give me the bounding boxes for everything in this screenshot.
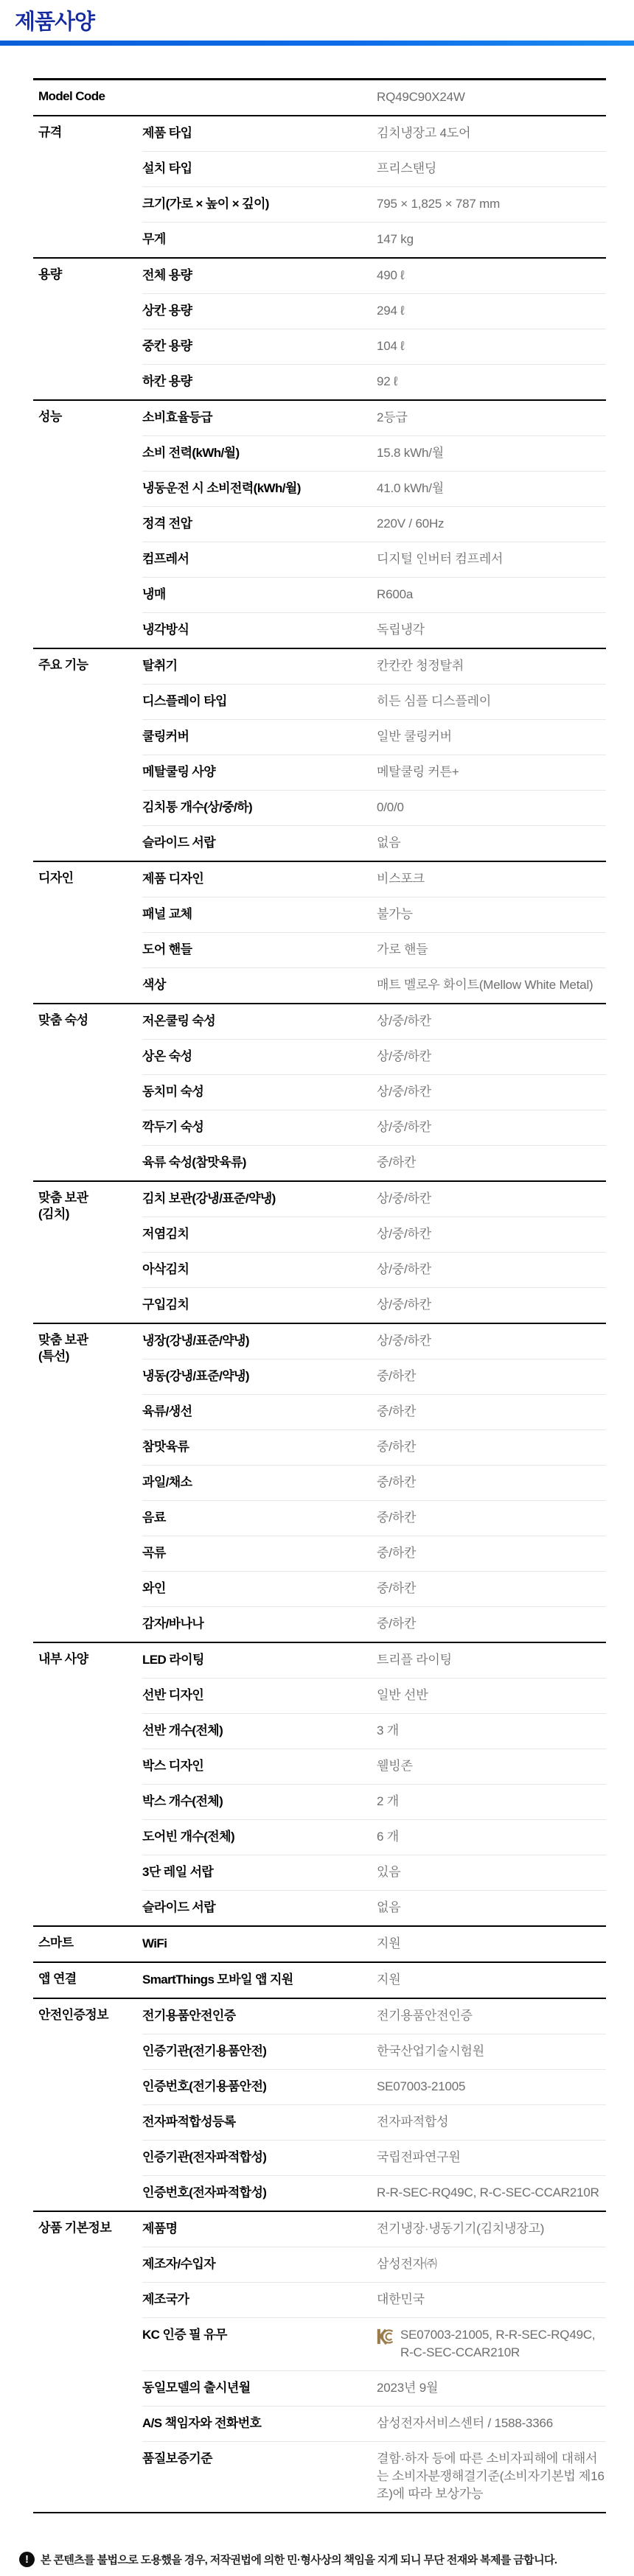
spec-row-label: 제품 디자인: [142, 870, 377, 888]
spec-row: 소비효율등급 2등급: [142, 401, 606, 435]
section-label: 내부 사양: [33, 1643, 142, 1925]
section-rows: 탈취기 칸칸칸 청정탈취 디스플레이 타입 히든 심플 디스플레이 쿨링커버 일…: [142, 649, 606, 861]
spec-section: 디자인 제품 디자인 비스포크 패널 교체 불가능 도어 핸들 가로 핸들 색상…: [33, 862, 606, 1004]
spec-section: 주요 기능 탈취기 칸칸칸 청정탈취 디스플레이 타입 히든 심플 디스플레이 …: [33, 649, 606, 862]
spec-row-label: 냉매: [142, 586, 377, 603]
spec-row: RQ49C90X24W: [142, 80, 606, 115]
spec-row-label: 무게: [142, 231, 377, 248]
section-label: 디자인: [33, 862, 142, 1003]
spec-row-value: 독립냉각: [377, 621, 606, 639]
spec-row: 인증기관(전기용품안전) 한국산업기술시험원: [142, 2034, 606, 2069]
spec-row: 김치통 개수(상/중/하) 0/0/0: [142, 790, 606, 825]
spec-row-label: 인증번호(전기용품안전): [142, 2078, 377, 2096]
spec-row: 중칸 용량 104 ℓ: [142, 329, 606, 364]
spec-row: 메탈쿨링 사양 메탈쿨링 커튼+: [142, 755, 606, 790]
section-rows: RQ49C90X24W: [142, 80, 606, 115]
spec-row-value: 없음: [377, 834, 606, 852]
section-label: 스마트: [33, 1927, 142, 1961]
spec-row: 냉매 R600a: [142, 577, 606, 612]
spec-row-label: LED 라이팅: [142, 1651, 377, 1669]
spec-section: 맞춤 보관 (특선) 냉장(강냉/표준/약냉) 상/중/하칸 냉동(강냉/표준/…: [33, 1324, 606, 1643]
spec-row: 제품 디자인 비스포크: [142, 862, 606, 897]
spec-row-value: 삼성전자서비스센터 / 1588-3366: [377, 2415, 606, 2432]
spec-row-value: R600a: [377, 586, 606, 603]
spec-row: 상칸 용량 294 ℓ: [142, 293, 606, 329]
spec-row: 제품 타입 김치냉장고 4도어: [142, 116, 606, 151]
spec-row: 슬라이드 서랍 없음: [142, 825, 606, 861]
spec-row-label: 음료: [142, 1509, 377, 1527]
spec-row: 디스플레이 타입 히든 심플 디스플레이: [142, 684, 606, 719]
spec-row: 박스 개수(전체) 2 개: [142, 1784, 606, 1819]
spec-row-label: 하칸 용량: [142, 373, 377, 391]
spec-row-label: 색상: [142, 976, 377, 994]
spec-row-value: 중/하칸: [377, 1154, 606, 1172]
spec-row-label: WiFi: [142, 1935, 377, 1953]
section-label: 주요 기능: [33, 649, 142, 861]
spec-row: SmartThings 모바일 앱 지원 지원: [142, 1963, 606, 1998]
spec-row: 하칸 용량 92 ℓ: [142, 364, 606, 399]
spec-row: KC 인증 필 유무 SE07003-21005, R-R-SEC-RQ49C,…: [142, 2317, 606, 2370]
spec-row-value: 중/하칸: [377, 1544, 606, 1562]
spec-row-value: 중/하칸: [377, 1509, 606, 1527]
spec-row-label: 깍두기 숙성: [142, 1119, 377, 1136]
spec-row-value: 일반 쿨링커버: [377, 728, 606, 746]
spec-row-label: 3단 레일 서랍: [142, 1863, 377, 1881]
spec-row-label: 와인: [142, 1580, 377, 1597]
spec-row-value: 불가능: [377, 906, 606, 923]
spec-row-label: 정격 전압: [142, 515, 377, 533]
spec-row: 전체 용량 490 ℓ: [142, 259, 606, 293]
section-label: Model Code: [33, 80, 142, 115]
spec-row-value: 중/하칸: [377, 1474, 606, 1491]
spec-row-value: 2등급: [377, 409, 606, 427]
spec-row-value: 디지털 인버터 컴프레서: [377, 550, 606, 568]
spec-row: 선반 개수(전체) 3 개: [142, 1713, 606, 1749]
spec-row-value: 전기냉장·냉동기기(김치냉장고): [377, 2220, 606, 2238]
spec-row: 참맛육류 중/하칸: [142, 1429, 606, 1465]
spec-row-label: 저온쿨링 숙성: [142, 1012, 377, 1030]
spec-row-label: 박스 디자인: [142, 1757, 377, 1775]
spec-row: 제품명 전기냉장·냉동기기(김치냉장고): [142, 2212, 606, 2247]
spec-row-label: 인증기관(전기용품안전): [142, 2043, 377, 2060]
section-rows: 냉장(강냉/표준/약냉) 상/중/하칸 냉동(강냉/표준/약냉) 중/하칸 육류…: [142, 1324, 606, 1642]
spec-row-value: 있음: [377, 1863, 606, 1881]
spec-row: 슬라이드 서랍 없음: [142, 1890, 606, 1925]
spec-row-value: 지원: [377, 1971, 606, 1989]
spec-row-value: 히든 심플 디스플레이: [377, 693, 606, 710]
section-label: 맞춤 숙성: [33, 1004, 142, 1180]
spec-row: 냉동(강냉/표준/약냉) 중/하칸: [142, 1359, 606, 1394]
section-rows: 김치 보관(강냉/표준/약냉) 상/중/하칸 저염김치 상/중/하칸 아삭김치 …: [142, 1182, 606, 1323]
spec-row-value: 상/중/하칸: [377, 1119, 606, 1136]
spec-row-value: 294 ℓ: [377, 302, 606, 320]
spec-row-value: 795 × 1,825 × 787 mm: [377, 195, 606, 213]
spec-row-value: R-R-SEC-RQ49C, R-C-SEC-CCAR210R: [377, 2184, 606, 2202]
spec-row: 육류/생선 중/하칸: [142, 1394, 606, 1429]
spec-row-label: 컴프레서: [142, 550, 377, 568]
spec-row: 품질보증기준 결함·하자 등에 따른 소비자피해에 대해서는 소비자분쟁해결기준…: [142, 2441, 606, 2512]
spec-row-label: 구입김치: [142, 1296, 377, 1314]
spec-row-value: 없음: [377, 1899, 606, 1917]
spec-row: 소비 전력(kWh/월) 15.8 kWh/월: [142, 435, 606, 471]
spec-row-label: 설치 타입: [142, 160, 377, 178]
spec-row-label: KC 인증 필 유무: [142, 2326, 377, 2362]
spec-row-value: 490 ℓ: [377, 267, 606, 284]
spec-row-value: 일반 선반: [377, 1687, 606, 1704]
spec-row: 냉각방식 독립냉각: [142, 612, 606, 648]
spec-row: WiFi 지원: [142, 1927, 606, 1961]
section-rows: 소비효율등급 2등급 소비 전력(kWh/월) 15.8 kWh/월 냉동운전 …: [142, 401, 606, 648]
spec-row: 깍두기 숙성 상/중/하칸: [142, 1110, 606, 1145]
section-label: 맞춤 보관 (특선): [33, 1324, 142, 1642]
spec-row-value: 가로 핸들: [377, 941, 606, 959]
section-label: 규격: [33, 116, 142, 257]
spec-section: 성능 소비효율등급 2등급 소비 전력(kWh/월) 15.8 kWh/월 냉동…: [33, 401, 606, 649]
spec-row-value: 2023년 9월: [377, 2379, 606, 2397]
spec-row-value: 중/하칸: [377, 1368, 606, 1385]
spec-row: 상온 숙성 상/중/하칸: [142, 1039, 606, 1074]
spec-row-label: 소비 전력(kWh/월): [142, 444, 377, 462]
spec-row-label: 육류/생선: [142, 1403, 377, 1421]
spec-row-value: 상/중/하칸: [377, 1332, 606, 1350]
spec-row-label: 제품명: [142, 2220, 377, 2238]
section-label: 안전인증정보: [33, 1999, 142, 2211]
section-rows: 전기용품안전인증 전기용품안전인증 인증기관(전기용품안전) 한국산업기술시험원…: [142, 1999, 606, 2211]
spec-row: 컴프레서 디지털 인버터 컴프레서: [142, 542, 606, 577]
spec-row-value: 중/하칸: [377, 1403, 606, 1421]
spec-row: 선반 디자인 일반 선반: [142, 1678, 606, 1713]
spec-row: 와인 중/하칸: [142, 1571, 606, 1606]
spec-row-label: 탈취기: [142, 657, 377, 675]
spec-row-value: SE07003-21005: [377, 2078, 606, 2096]
spec-row: 동일모델의 출시년월 2023년 9월: [142, 2370, 606, 2406]
spec-row-value: 비스포크: [377, 870, 606, 888]
spec-row-value: 41.0 kWh/월: [377, 480, 606, 497]
spec-row: 음료 중/하칸: [142, 1500, 606, 1536]
spec-row-value: 상/중/하칸: [377, 1225, 606, 1243]
spec-row-label: 저염김치: [142, 1225, 377, 1243]
spec-row-label: SmartThings 모바일 앱 지원: [142, 1971, 377, 1989]
spec-row-label: 선반 개수(전체): [142, 1722, 377, 1740]
section-label: 앱 연결: [33, 1963, 142, 1998]
spec-row-value: 지원: [377, 1935, 606, 1953]
spec-row: 구입김치 상/중/하칸: [142, 1287, 606, 1323]
spec-row: 탈취기 칸칸칸 청정탈취: [142, 649, 606, 684]
spec-row-label: 슬라이드 서랍: [142, 1899, 377, 1917]
spec-row-value: 상/중/하칸: [377, 1012, 606, 1030]
spec-row-label: 제조자/수입자: [142, 2255, 377, 2273]
section-rows: WiFi 지원: [142, 1927, 606, 1961]
spec-row-value: 결함·하자 등에 따른 소비자피해에 대해서는 소비자분쟁해결기준(소비자기본법…: [377, 2450, 606, 2503]
page-title: 제품사양: [15, 10, 634, 35]
spec-row-label: 동치미 숙성: [142, 1083, 377, 1101]
spec-row-label: 상온 숙성: [142, 1048, 377, 1065]
kc-certification-icon: [377, 2328, 396, 2345]
spec-row-value: 상/중/하칸: [377, 1296, 606, 1314]
spec-row-label: 김치통 개수(상/중/하): [142, 799, 377, 816]
spec-row-label: 과일/채소: [142, 1474, 377, 1491]
spec-row: 곡류 중/하칸: [142, 1536, 606, 1571]
spec-row: 냉장(강냉/표준/약냉) 상/중/하칸: [142, 1324, 606, 1359]
spec-row-value: 중/하칸: [377, 1580, 606, 1597]
spec-row: 무게 147 kg: [142, 222, 606, 257]
spec-row-label: A/S 책임자와 전화번호: [142, 2415, 377, 2432]
spec-row-value: 메탈쿨링 커튼+: [377, 763, 606, 781]
section-label: 용량: [33, 259, 142, 399]
spec-row: 설치 타입 프리스탠딩: [142, 151, 606, 186]
spec-row-value: 프리스탠딩: [377, 160, 606, 178]
spec-row-label: 소비효율등급: [142, 409, 377, 427]
section-rows: 제품 디자인 비스포크 패널 교체 불가능 도어 핸들 가로 핸들 색상 매트 …: [142, 862, 606, 1003]
spec-table: Model Code RQ49C90X24W 규격 제품 타입 김치냉장고 4도…: [33, 78, 606, 2513]
spec-row: LED 라이팅 트리플 라이팅: [142, 1643, 606, 1678]
spec-row-value: 상/중/하칸: [377, 1083, 606, 1101]
spec-section: Model Code RQ49C90X24W: [33, 80, 606, 116]
spec-row: 아삭김치 상/중/하칸: [142, 1252, 606, 1287]
spec-row-value: 147 kg: [377, 231, 606, 248]
spec-row: 인증번호(전기용품안전) SE07003-21005: [142, 2069, 606, 2104]
spec-row-label: 제품 타입: [142, 125, 377, 142]
spec-row-label: 쿨링커버: [142, 728, 377, 746]
spec-row-value: 김치냉장고 4도어: [377, 125, 606, 142]
spec-row-label: 슬라이드 서랍: [142, 834, 377, 852]
spec-row-value: 중/하칸: [377, 1615, 606, 1633]
spec-row-value: 한국산업기술시험원: [377, 2043, 606, 2060]
spec-row: 육류 숙성(참맛육류) 중/하칸: [142, 1145, 606, 1180]
spec-row: 정격 전압 220V / 60Hz: [142, 506, 606, 542]
spec-row-label: 도어빈 개수(전체): [142, 1828, 377, 1846]
spec-row-value: 전자파적합성: [377, 2113, 606, 2131]
spec-row-label: 도어 핸들: [142, 941, 377, 959]
spec-row-value: 6 개: [377, 1828, 606, 1846]
page-header: 제품사양: [0, 0, 634, 35]
spec-row: 전기용품안전인증 전기용품안전인증: [142, 1999, 606, 2034]
spec-row: 저온쿨링 숙성 상/중/하칸: [142, 1004, 606, 1039]
spec-row: 도어 핸들 가로 핸들: [142, 932, 606, 967]
spec-row: 박스 디자인 웰빙존: [142, 1749, 606, 1784]
spec-row-label: 곡류: [142, 1544, 377, 1562]
spec-row-label: 인증번호(전자파적합성): [142, 2184, 377, 2202]
spec-row-label: 전기용품안전인증: [142, 2007, 377, 2025]
spec-section: 스마트 WiFi 지원: [33, 1927, 606, 1963]
spec-row-value: 2 개: [377, 1793, 606, 1810]
copyright-notice: 본 콘텐츠를 불법으로 도용했을 경우, 저작권법에 의한 민·형사상의 책임을…: [41, 2552, 557, 2567]
spec-row-value: 국립전파연구원: [377, 2149, 606, 2166]
spec-row: 인증기관(전자파적합성) 국립전파연구원: [142, 2140, 606, 2175]
spec-row: 제조국가 대한민국: [142, 2282, 606, 2317]
spec-row-label: 선반 디자인: [142, 1687, 377, 1704]
spec-row: 3단 레일 서랍 있음: [142, 1855, 606, 1890]
spec-row-value: 상/중/하칸: [377, 1261, 606, 1278]
spec-row-label: 냉장(강냉/표준/약냉): [142, 1332, 377, 1350]
spec-row: 과일/채소 중/하칸: [142, 1465, 606, 1500]
spec-row-label: 냉동운전 시 소비전력(kWh/월): [142, 480, 377, 497]
spec-section: 안전인증정보 전기용품안전인증 전기용품안전인증 인증기관(전기용품안전) 한국…: [33, 1999, 606, 2212]
spec-row-label: 패널 교체: [142, 906, 377, 923]
spec-row-label: 김치 보관(강냉/표준/약냉): [142, 1190, 377, 1208]
title-divider-rule: [0, 41, 634, 46]
spec-row: 냉동운전 시 소비전력(kWh/월) 41.0 kWh/월: [142, 471, 606, 506]
spec-section: 앱 연결 SmartThings 모바일 앱 지원 지원: [33, 1963, 606, 1999]
section-label: 성능: [33, 401, 142, 648]
spec-row-label: 냉각방식: [142, 621, 377, 639]
exclamation-circle-icon: !: [19, 2552, 35, 2567]
spec-row-label: 감자/바나나: [142, 1615, 377, 1633]
spec-row: 크기(가로 × 높이 × 깊이) 795 × 1,825 × 787 mm: [142, 186, 606, 222]
spec-row-value: 0/0/0: [377, 799, 606, 816]
spec-row-label: 디스플레이 타입: [142, 693, 377, 710]
spec-row: 인증번호(전자파적합성) R-R-SEC-RQ49C, R-C-SEC-CCAR…: [142, 2175, 606, 2211]
spec-row: 제조자/수입자 삼성전자㈜: [142, 2247, 606, 2282]
section-rows: 제품 타입 김치냉장고 4도어 설치 타입 프리스탠딩 크기(가로 × 높이 ×…: [142, 116, 606, 257]
spec-row-value: 삼성전자㈜: [377, 2255, 606, 2273]
section-rows: LED 라이팅 트리플 라이팅 선반 디자인 일반 선반 선반 개수(전체) 3…: [142, 1643, 606, 1925]
spec-row: 색상 매트 멜로우 화이트(Mellow White Metal): [142, 967, 606, 1003]
spec-row-value: 3 개: [377, 1722, 606, 1740]
spec-row: 도어빈 개수(전체) 6 개: [142, 1819, 606, 1855]
spec-section: 맞춤 숙성 저온쿨링 숙성 상/중/하칸 상온 숙성 상/중/하칸 동치미 숙성…: [33, 1004, 606, 1182]
spec-row-label: 제조국가: [142, 2291, 377, 2309]
spec-row-value: RQ49C90X24W: [377, 88, 606, 106]
spec-row-value: 92 ℓ: [377, 373, 606, 391]
spec-row-value: 매트 멜로우 화이트(Mellow White Metal): [377, 976, 606, 994]
spec-row-label: 품질보증기준: [142, 2450, 377, 2503]
spec-section: 내부 사양 LED 라이팅 트리플 라이팅 선반 디자인 일반 선반 선반 개수…: [33, 1643, 606, 1927]
spec-row-value: 상/중/하칸: [377, 1048, 606, 1065]
section-rows: 제품명 전기냉장·냉동기기(김치냉장고) 제조자/수입자 삼성전자㈜ 제조국가 …: [142, 2212, 606, 2512]
spec-row-label: 메탈쿨링 사양: [142, 763, 377, 781]
spec-row: 감자/바나나 중/하칸: [142, 1606, 606, 1642]
spec-section: 용량 전체 용량 490 ℓ 상칸 용량 294 ℓ 중칸 용량 104 ℓ 하…: [33, 259, 606, 401]
spec-row-value: 칸칸칸 청정탈취: [377, 657, 606, 675]
spec-row-label: 상칸 용량: [142, 302, 377, 320]
kc-value-wrap: SE07003-21005, R-R-SEC-RQ49C, R-C-SEC-CC…: [377, 2326, 606, 2362]
spec-row-label: 박스 개수(전체): [142, 1793, 377, 1810]
spec-row-value: 전기용품안전인증: [377, 2007, 606, 2025]
spec-row-label: 전체 용량: [142, 267, 377, 284]
spec-row-label: 아삭김치: [142, 1261, 377, 1278]
spec-row-value: 상/중/하칸: [377, 1190, 606, 1208]
kc-certification-numbers: SE07003-21005, R-R-SEC-RQ49C, R-C-SEC-CC…: [400, 2326, 606, 2362]
spec-row-label: 냉동(강냉/표준/약냉): [142, 1368, 377, 1385]
spec-row: 패널 교체 불가능: [142, 897, 606, 932]
page-footer: ! 본 콘텐츠를 불법으로 도용했을 경우, 저작권법에 의한 민·형사상의 책…: [0, 2552, 634, 2567]
spec-row-value: 트리플 라이팅: [377, 1651, 606, 1669]
spec-row-value: 104 ℓ: [377, 337, 606, 355]
spec-row-label: 크기(가로 × 높이 × 깊이): [142, 195, 377, 213]
spec-row-label: 육류 숙성(참맛육류): [142, 1154, 377, 1172]
spec-row-label: [142, 88, 377, 106]
spec-row-value: 15.8 kWh/월: [377, 444, 606, 462]
section-label: 상품 기본정보: [33, 2212, 142, 2512]
section-rows: SmartThings 모바일 앱 지원 지원: [142, 1963, 606, 1998]
spec-row-value: SE07003-21005, R-R-SEC-RQ49C, R-C-SEC-CC…: [377, 2326, 606, 2362]
spec-row-label: 전자파적합성등록: [142, 2113, 377, 2131]
section-rows: 저온쿨링 숙성 상/중/하칸 상온 숙성 상/중/하칸 동치미 숙성 상/중/하…: [142, 1004, 606, 1180]
spec-section: 규격 제품 타입 김치냉장고 4도어 설치 타입 프리스탠딩 크기(가로 × 높…: [33, 116, 606, 259]
spec-row-label: 중칸 용량: [142, 337, 377, 355]
spec-row-label: 동일모델의 출시년월: [142, 2379, 377, 2397]
spec-row: 전자파적합성등록 전자파적합성: [142, 2104, 606, 2140]
spec-row: 김치 보관(강냉/표준/약냉) 상/중/하칸: [142, 1182, 606, 1217]
spec-row: 쿨링커버 일반 쿨링커버: [142, 719, 606, 755]
spec-row-value: 중/하칸: [377, 1438, 606, 1456]
spec-row: 동치미 숙성 상/중/하칸: [142, 1074, 606, 1110]
spec-row: A/S 책임자와 전화번호 삼성전자서비스센터 / 1588-3366: [142, 2406, 606, 2441]
section-rows: 전체 용량 490 ℓ 상칸 용량 294 ℓ 중칸 용량 104 ℓ 하칸 용…: [142, 259, 606, 399]
spec-row-label: 인증기관(전자파적합성): [142, 2149, 377, 2166]
spec-row-value: 웰빙존: [377, 1757, 606, 1775]
spec-row-value: 대한민국: [377, 2291, 606, 2309]
spec-row-label: 참맛육류: [142, 1438, 377, 1456]
spec-section: 상품 기본정보 제품명 전기냉장·냉동기기(김치냉장고) 제조자/수입자 삼성전…: [33, 2212, 606, 2513]
spec-row: 저염김치 상/중/하칸: [142, 1217, 606, 1252]
section-label: 맞춤 보관 (김치): [33, 1182, 142, 1323]
spec-row-value: 220V / 60Hz: [377, 515, 606, 533]
spec-section: 맞춤 보관 (김치) 김치 보관(강냉/표준/약냉) 상/중/하칸 저염김치 상…: [33, 1182, 606, 1324]
